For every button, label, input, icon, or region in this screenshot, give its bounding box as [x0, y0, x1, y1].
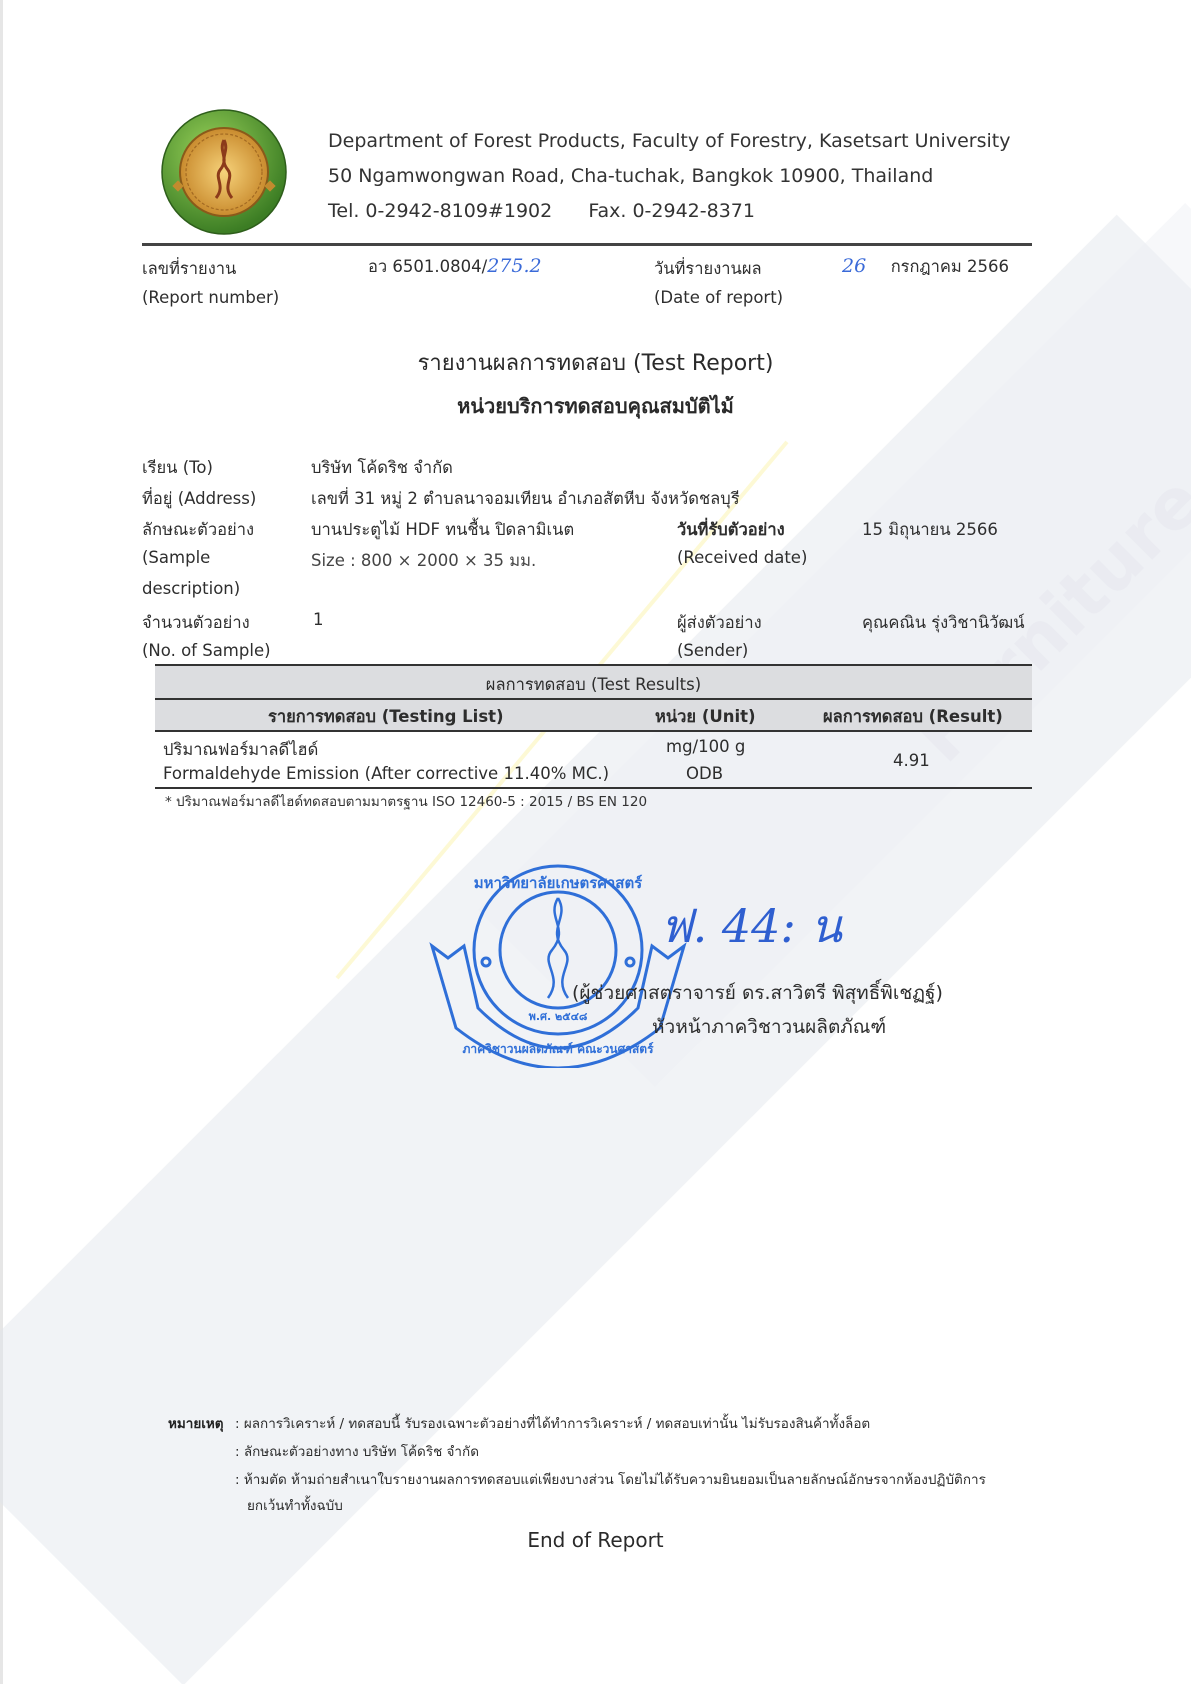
sample-value: บานประตูไม้ HDF ทนชื้น ปิดลามิเนต [311, 517, 574, 543]
report-date-label: วันที่รายงานผล [654, 256, 762, 282]
kasetsart-university-seal-icon [160, 108, 288, 236]
end-of-report: End of Report [0, 1528, 1191, 1552]
sender-label: ผู้ส่งตัวอย่าง [677, 610, 762, 636]
column-header-testing-list: รายการทดสอบ (Testing List) [268, 704, 504, 730]
svg-text:ภาควิชาวนผลิตภัณฑ์ คณะวนศาสตร์: ภาควิชาวนผลิตภัณฑ์ คณะวนศาสตร์ [462, 1042, 654, 1056]
signer-name: (ผู้ช่วยศาสตราจารย์ ดร.สาวิตรี พิสุทธิ์พ… [572, 978, 943, 1008]
test-result: 4.91 [893, 751, 930, 770]
remarks-label: หมายเหตุ [168, 1412, 224, 1434]
department-name: Department of Forest Products, Faculty o… [328, 124, 1010, 159]
contact-line: Tel. 0-2942-8109#1902 Fax. 0-2942-8371 [328, 194, 1010, 229]
report-page: ICODERN Furniture Department of Forest P… [0, 0, 1191, 1684]
header-divider [142, 243, 1032, 246]
sample-label-en-2: description) [142, 579, 240, 598]
report-month-year: กรกฎาคม 2566 [891, 257, 1009, 276]
report-number-handwritten: 275.2 [487, 255, 541, 277]
sample-count: 1 [313, 610, 324, 629]
report-number-prefix: อว 6501.0804/ [368, 257, 487, 276]
test-standard-footnote: * ปริมาณฟอร์มาลดีไฮด์ทดสอบตามมาตรฐาน ISO… [165, 790, 647, 812]
page-title: รายงานผลการทดสอบ (Test Report) [0, 345, 1191, 380]
column-header-unit: หน่วย (Unit) [655, 704, 756, 730]
test-item-en: Formaldehyde Emission (After corrective … [163, 764, 609, 783]
sample-label-en-1: (Sample [142, 548, 210, 567]
report-number-label: เลขที่รายงาน [142, 256, 236, 282]
report-number-label-en: (Report number) [142, 288, 279, 307]
remark-item: : ลักษณะตัวอย่างทาง บริษัท โค้ดริช จำกัด [235, 1440, 479, 1462]
to-label: เรียน (To) [142, 455, 213, 481]
remark-item: : ผลการวิเคราะห์ / ทดสอบนี้ รับรองเฉพาะต… [235, 1412, 870, 1434]
table-caption: ผลการทดสอบ (Test Results) [155, 672, 1032, 698]
department-address: 50 Ngamwongwan Road, Cha-tuchak, Bangkok… [328, 159, 1010, 194]
remark-item: : ห้ามตัด ห้ามถ่ายสำเนาใบรายงานผลการทดสอ… [235, 1468, 986, 1490]
to-value: บริษัท โค้ดริช จำกัด [311, 455, 453, 481]
sample-label: ลักษณะตัวอย่าง [142, 517, 254, 543]
handwritten-signature: ฟ. 44: น [660, 890, 842, 963]
svg-text:มหาวิทยาลัยเกษตรศาสตร์: มหาวิทยาลัยเกษตรศาสตร์ [474, 874, 643, 892]
test-unit: mg/100 g [666, 737, 745, 756]
telephone: Tel. 0-2942-8109#1902 [328, 200, 552, 222]
received-date-label-en: (Received date) [677, 548, 807, 567]
address-value: เลขที่ 31 หมู่ 2 ตำบลนาจอมเทียน อำเภอสัต… [311, 486, 740, 512]
department-stamp-icon: มหาวิทยาลัยเกษตรศาสตร์ พ.ศ. ๒๕๔๘ ภาควิชา… [428, 858, 688, 1068]
test-unit-basis: ODB [686, 764, 723, 783]
column-header-result: ผลการทดสอบ (Result) [823, 704, 1003, 730]
sender-name: คุณคณิน รุ่งวิชานิวัฒน์ [862, 610, 1025, 636]
page-subtitle: หน่วยบริการทดสอบคุณสมบัติไม้ [0, 390, 1191, 422]
received-date: 15 มิถุนายน 2566 [862, 517, 998, 543]
sample-size: Size : 800 × 2000 × 35 มม. [311, 548, 536, 574]
report-number: อว 6501.0804/275.2 [368, 254, 542, 280]
sender-label-en: (Sender) [677, 641, 748, 660]
remark-item-continuation: ยกเว้นทำทั้งฉบับ [247, 1494, 343, 1516]
table-bottom-rule [155, 787, 1032, 789]
sample-count-label: จำนวนตัวอย่าง [142, 610, 250, 636]
svg-text:พ.ศ. ๒๕๔๘: พ.ศ. ๒๕๔๘ [529, 1010, 588, 1023]
report-date: 26 กรกฎาคม 2566 [842, 254, 1009, 280]
received-date-label: วันที่รับตัวอย่าง [677, 517, 785, 543]
fax: Fax. 0-2942-8371 [588, 200, 755, 222]
sample-count-label-en: (No. of Sample) [142, 641, 271, 660]
report-day-handwritten: 26 [842, 255, 866, 277]
report-date-label-en: (Date of report) [654, 288, 783, 307]
letterhead: Department of Forest Products, Faculty o… [328, 124, 1010, 229]
test-item-th: ปริมาณฟอร์มาลดีไฮด์ [163, 737, 318, 763]
address-label: ที่อยู่ (Address) [142, 486, 256, 512]
table-header-rule [155, 730, 1032, 732]
signer-position: หัวหน้าภาควิชาวนผลิตภัณฑ์ [652, 1012, 886, 1042]
